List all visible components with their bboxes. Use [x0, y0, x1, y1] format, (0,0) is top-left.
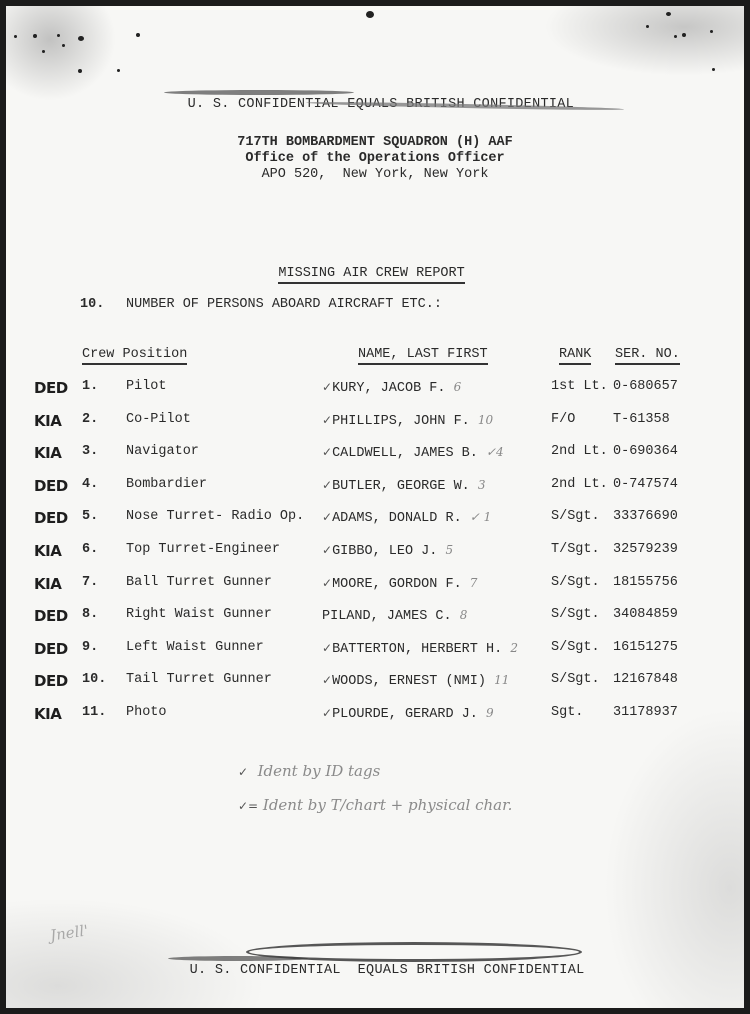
crew-rank: S/Sgt.	[551, 509, 600, 525]
status-annotation: KIA	[34, 542, 61, 560]
crew-serial: 34084859	[613, 607, 678, 623]
crew-name: PHILLIPS, JOHN F.	[332, 414, 470, 429]
speck	[57, 34, 60, 37]
pencil-number: ✓4	[486, 445, 504, 459]
crew-name-cell: ✓MOORE, GORDON F. 7	[322, 575, 477, 593]
smudge	[6, 6, 116, 101]
crew-rank: F/O	[551, 412, 575, 428]
crew-number: 11.	[82, 705, 106, 721]
check-icon: ✓	[322, 543, 332, 557]
crew-name: ADAMS, DONALD R.	[332, 511, 462, 526]
crew-serial: 18155756	[613, 575, 678, 591]
crew-name: PILAND, JAMES C.	[322, 609, 452, 624]
check-icon: ✓	[322, 445, 332, 459]
crew-number: 2.	[82, 412, 98, 428]
pencil-number: 10	[478, 413, 493, 427]
column-header-rank: RANK	[559, 347, 591, 363]
speck	[33, 34, 37, 38]
crew-rank: 2nd Lt.	[551, 477, 608, 493]
check-icon: ✓=	[238, 799, 258, 813]
crew-rank: T/Sgt.	[551, 542, 600, 558]
crew-position: Pilot	[126, 379, 167, 395]
crew-rank: 1st Lt.	[551, 379, 608, 395]
pencil-number: ✓ 1	[470, 510, 492, 524]
crew-serial: 33376690	[613, 509, 678, 525]
check-icon: ✓	[238, 765, 248, 779]
section-number: 10.	[80, 297, 104, 313]
check-icon: ✓	[322, 706, 332, 720]
section-label: NUMBER OF PERSONS ABOARD AIRCRAFT ETC.:	[126, 297, 442, 313]
status-annotation: KIA	[34, 575, 61, 593]
crew-name-cell: ✓BUTLER, GEORGE W. 3	[322, 477, 486, 495]
crew-name: PLOURDE, GERARD J.	[332, 707, 478, 722]
crew-name: BATTERTON, HERBERT H.	[332, 642, 502, 657]
strikethrough	[246, 942, 582, 962]
crew-name-cell: ✓PHILLIPS, JOHN F. 10	[322, 412, 493, 430]
check-icon: ✓	[322, 641, 332, 655]
check-icon: ✓	[322, 510, 332, 524]
pencil-number: 2	[510, 641, 518, 655]
crew-position: Photo	[126, 705, 167, 721]
crew-serial: 16151275	[613, 640, 678, 656]
pencil-number: 6	[454, 380, 462, 394]
crew-serial: 0-747574	[613, 477, 678, 493]
office-name: Office of the Operations Officer	[6, 151, 744, 167]
pencil-number: 3	[478, 478, 486, 492]
status-annotation: KIA	[34, 412, 61, 430]
crew-number: 1.	[82, 379, 98, 395]
pencil-number: 9	[486, 706, 494, 720]
legend-line-2: ✓= Ident by T/chart + physical char.	[238, 796, 512, 814]
crew-serial: 0-680657	[613, 379, 678, 395]
crew-name-cell: ✓PLOURDE, GERARD J. 9	[322, 705, 494, 723]
check-icon: ✓	[322, 576, 332, 590]
document-page: U. S. CONFIDENTIAL EQUALS BRITISH CONFID…	[6, 6, 744, 1008]
crew-name-cell: ✓ADAMS, DONALD R. ✓ 1	[322, 509, 491, 527]
crew-number: 4.	[82, 477, 98, 493]
speck	[682, 33, 686, 37]
check-icon: ✓	[322, 478, 332, 492]
column-header-name: NAME, LAST FIRST	[358, 347, 488, 363]
crew-name: KURY, JACOB F.	[332, 381, 445, 396]
status-annotation: KIA	[34, 705, 61, 723]
crew-name-cell: ✓KURY, JACOB F. 6	[322, 379, 461, 397]
crew-number: 6.	[82, 542, 98, 558]
pencil-number: 5	[446, 543, 454, 557]
crew-name-cell: ✓GIBBO, LEO J. 5	[322, 542, 453, 560]
check-icon: ✓	[322, 380, 332, 394]
status-annotation: DED	[34, 477, 68, 495]
crew-serial: 31178937	[613, 705, 678, 721]
crew-position: Right Waist Gunner	[126, 607, 272, 623]
crew-position: Top Turret-Engineer	[126, 542, 280, 558]
status-annotation: DED	[34, 607, 68, 625]
column-header-serial: SER. NO.	[615, 347, 680, 363]
speck	[646, 25, 649, 28]
strikethrough	[164, 90, 354, 95]
speck	[78, 36, 84, 41]
classification-struck: U. S. CONFIDENTIAL	[190, 963, 341, 978]
classification-text: EQUALS BRITISH CONFIDENTIAL	[358, 963, 585, 978]
crew-serial: T-61358	[613, 412, 670, 428]
crew-position: Bombardier	[126, 477, 207, 493]
crew-rank: S/Sgt.	[551, 672, 600, 688]
crew-rank: 2nd Lt.	[551, 444, 608, 460]
legend-line-1: ✓ Ident by ID tags	[238, 762, 380, 780]
crew-number: 5.	[82, 509, 98, 525]
crew-number: 7.	[82, 575, 98, 591]
speck	[14, 35, 17, 38]
unit-name: 717TH BOMBARDMENT SQUADRON (H) AAF	[6, 135, 744, 151]
crew-number: 8.	[82, 607, 98, 623]
crew-rank: S/Sgt.	[551, 640, 600, 656]
crew-position: Ball Turret Gunner	[126, 575, 272, 591]
crew-name-cell: ✓BATTERTON, HERBERT H. 2	[322, 640, 518, 658]
status-annotation: DED	[34, 379, 68, 397]
crew-number: 3.	[82, 444, 98, 460]
address: APO 520, New York, New York	[6, 167, 744, 183]
column-header-position: Crew Position	[82, 347, 187, 363]
crew-number: 10.	[82, 672, 106, 688]
crew-serial: 12167848	[613, 672, 678, 688]
crew-name-cell: ✓CALDWELL, JAMES B. ✓4	[322, 444, 504, 462]
status-annotation: DED	[34, 640, 68, 658]
crew-name: MOORE, GORDON F.	[332, 577, 462, 592]
crew-name-cell: PILAND, JAMES C. 8	[322, 607, 467, 625]
speck	[666, 12, 671, 16]
speck	[117, 69, 120, 72]
check-icon: ✓	[322, 413, 332, 427]
pencil-number: 11	[494, 673, 509, 687]
pencil-number: 8	[460, 608, 468, 622]
status-annotation: DED	[34, 672, 68, 690]
speck	[42, 50, 45, 53]
smudge	[544, 6, 744, 76]
crew-name: BUTLER, GEORGE W.	[332, 479, 470, 494]
report-title: MISSING AIR CREW REPORT	[246, 250, 465, 298]
speck	[136, 33, 140, 37]
smudge	[604, 708, 744, 1008]
crew-position: Nose Turret- Radio Op.	[126, 509, 304, 525]
speck	[674, 35, 677, 38]
crew-rank: Sgt.	[551, 705, 583, 721]
check-icon: ✓	[322, 673, 332, 687]
crew-rank: S/Sgt.	[551, 575, 600, 591]
speck	[710, 30, 713, 33]
speck	[78, 69, 82, 73]
crew-position: Navigator	[126, 444, 199, 460]
status-annotation: KIA	[34, 444, 61, 462]
crew-name: CALDWELL, JAMES B.	[332, 446, 478, 461]
crew-position: Left Waist Gunner	[126, 640, 264, 656]
speck	[366, 11, 374, 18]
crew-position: Co-Pilot	[126, 412, 191, 428]
pencil-number: 7	[470, 576, 478, 590]
crew-name: WOODS, ERNEST (NMI)	[332, 674, 486, 689]
crew-rank: S/Sgt.	[551, 607, 600, 623]
crew-serial: 0-690364	[613, 444, 678, 460]
crew-number: 9.	[82, 640, 98, 656]
status-annotation: DED	[34, 509, 68, 527]
crew-position: Tail Turret Gunner	[126, 672, 272, 688]
crew-name-cell: ✓WOODS, ERNEST (NMI) 11	[322, 672, 509, 690]
crew-name: GIBBO, LEO J.	[332, 544, 437, 559]
speck	[712, 68, 715, 71]
crew-serial: 32579239	[613, 542, 678, 558]
speck	[62, 44, 65, 47]
